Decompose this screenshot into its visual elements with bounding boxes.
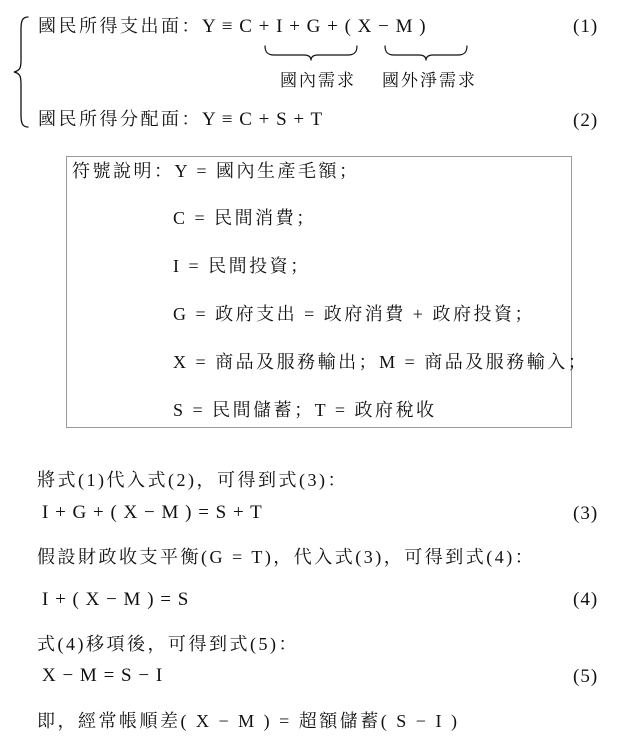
expenditure-identity-row: 國民所得支出面：Y ≡ C + I + G + ( X − M ) xyxy=(38,15,427,39)
legend-line-government: G = 政府支出 = 政府消費 + 政府投資； xyxy=(173,303,535,326)
expenditure-identity-formula: Y ≡ C + I + G + ( X − M ) xyxy=(202,16,427,37)
legend-line-consumption: C = 民間消費； xyxy=(173,207,317,230)
equation-5-formula: X − M = S − I xyxy=(42,665,163,688)
legend-line-saving-tax: S = 民間儲蓄；T = 政府稅收 xyxy=(173,399,436,422)
net-foreign-demand-label: 國外淨需求 xyxy=(382,66,477,91)
expenditure-identity-label: 國民所得支出面： xyxy=(38,16,202,36)
distribution-identity-row: 國民所得分配面：Y ≡ C + S + T xyxy=(38,108,323,132)
equation-number-2: (2) xyxy=(573,110,598,132)
underbrace-net-foreign-demand xyxy=(384,45,468,62)
distribution-identity-label: 國民所得分配面： xyxy=(38,109,202,129)
derivation-step-1-text: 將式(1)代入式(2)，可得到式(3)： xyxy=(37,469,348,492)
document-page: 國民所得支出面：Y ≡ C + I + G + ( X − M ) (1) 國內… xyxy=(0,0,634,743)
equation-number-1: (1) xyxy=(573,16,598,38)
underbrace-domestic-demand xyxy=(264,45,358,62)
equation-number-3: (3) xyxy=(573,503,598,525)
equation-4-formula: I + ( X − M ) = S xyxy=(42,589,189,612)
legend-line-exports-imports: X = 商品及服務輸出；M = 商品及服務輸入； xyxy=(173,351,588,374)
left-curly-brace xyxy=(12,16,30,128)
derivation-step-3-text: 式(4)移項後，可得到式(5)： xyxy=(37,633,299,656)
legend-line-investment: I = 民間投資； xyxy=(173,255,311,278)
symbol-legend-box: 符號說明：Y = 國內生產毛額； C = 民間消費； I = 民間投資； G =… xyxy=(66,156,572,428)
derivation-step-2-text: 假設財政收支平衡(G = T)，代入式(3)，可得到式(4)： xyxy=(37,546,535,569)
equation-number-5: (5) xyxy=(573,666,598,688)
legend-line-symbols-header: 符號說明：Y = 國內生產毛額； xyxy=(72,160,359,183)
distribution-identity-formula: Y ≡ C + S + T xyxy=(202,109,323,130)
equation-3-formula: I + G + ( X − M ) = S + T xyxy=(42,502,263,525)
domestic-demand-label: 國內需求 xyxy=(280,66,356,91)
equation-number-4: (4) xyxy=(573,589,598,611)
conclusion-line: 即，經常帳順差( X − M ) = 超額儲蓄( S − I ) xyxy=(37,710,459,733)
